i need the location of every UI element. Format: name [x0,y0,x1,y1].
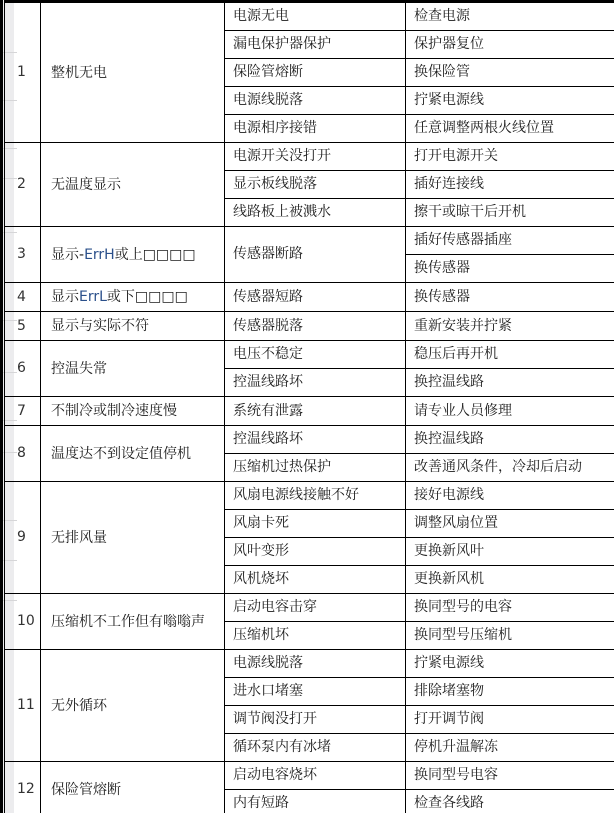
fault-cause: 启动电容击穿 [225,594,406,622]
table-row: 11无外循环电源线脱落拧紧电源线 [5,650,614,678]
table-row: 8温度达不到设定值停机控温线路坏换控温线路 [5,426,614,454]
table-row: 6控温失常电压不稳定稳压后再开机 [5,341,614,369]
fault-fix: 接好电源线 [406,482,614,510]
fault-cause: 控温线路坏 [225,426,406,454]
fault-symptom: 无排风量 [41,482,225,594]
fault-symptom: 无外循环 [41,650,225,762]
fault-number: 3 [5,227,41,283]
fault-cause: 系统有泄露 [225,397,406,426]
fault-symptom: 显示与实际不符 [41,312,225,341]
fault-number: 6 [5,341,41,397]
table-row: 7不制冷或制冷速度慢系统有泄露请专业人员修理 [5,397,614,426]
fault-fix: 保护器复位 [406,31,614,59]
fault-cause: 压缩机过热保护 [225,454,406,482]
fault-cause: 风叶变形 [225,538,406,566]
table-row: 12保险管熔断启动电容烧坏换同型号电容 [5,762,614,790]
fault-fix: 换同型号的电容 [406,594,614,622]
fault-number: 12 [5,762,41,813]
fault-fix: 请专业人员修理 [406,397,614,426]
troubleshooting-table: 1整机无电电源无电检查电源漏电保护器保护保护器复位保险管熔断换保险管电源线脱落拧… [4,0,614,813]
error-code: ErrL [79,289,107,305]
table-row: 4显示ErrL或下□□□□传感器短路换传感器 [5,283,614,312]
fault-cause: 进水口堵塞 [225,678,406,706]
fault-symptom: 不制冷或制冷速度慢 [41,397,225,426]
fault-fix: 检查电源 [406,2,614,31]
fault-cause: 电源开关没打开 [225,143,406,171]
fault-fix: 换传感器 [406,255,614,283]
fault-fix: 排除堵塞物 [406,678,614,706]
fault-symptom: 压缩机不工作但有嗡嗡声 [41,594,225,650]
fault-number: 10 [5,594,41,650]
fault-number: 11 [5,650,41,762]
table-row: 2无温度显示电源开关没打开打开电源开关 [5,143,614,171]
fault-fix: 任意调整两根火线位置 [406,115,614,143]
fault-fix: 打开电源开关 [406,143,614,171]
troubleshooting-table-body: 1整机无电电源无电检查电源漏电保护器保护保护器复位保险管熔断换保险管电源线脱落拧… [5,2,614,813]
fault-cause: 线路板上被溅水 [225,199,406,227]
fault-cause: 保险管熔断 [225,59,406,87]
fault-cause: 风机烧坏 [225,566,406,594]
fault-symptom: 保险管熔断 [41,762,225,813]
fault-cause: 传感器短路 [225,283,406,312]
fault-cause: 控温线路坏 [225,369,406,397]
fault-cause: 调节阀没打开 [225,706,406,734]
fault-cause: 电源线脱落 [225,87,406,115]
table-row: 1整机无电电源无电检查电源 [5,2,614,31]
fault-fix: 换同型号电容 [406,762,614,790]
table-row: 9无排风量风扇电源线接触不好接好电源线 [5,482,614,510]
fault-cause: 内有短路 [225,790,406,813]
fault-fix: 更换新风机 [406,566,614,594]
fault-fix: 换控温线路 [406,369,614,397]
fault-cause: 传感器断路 [225,227,406,283]
fault-fix: 重新安装并拧紧 [406,312,614,341]
fault-fix: 换同型号压缩机 [406,622,614,650]
fault-cause: 压缩机坏 [225,622,406,650]
fault-fix: 拧紧电源线 [406,87,614,115]
fault-cause: 电压不稳定 [225,341,406,369]
fault-cause: 传感器脱落 [225,312,406,341]
fault-symptom: 控温失常 [41,341,225,397]
fault-cause: 漏电保护器保护 [225,31,406,59]
fault-fix: 改善通风条件，冷却后启动 [406,454,614,482]
fault-fix: 拧紧电源线 [406,650,614,678]
fault-fix: 调整风扇位置 [406,510,614,538]
fault-fix: 更换新风叶 [406,538,614,566]
fault-number: 8 [5,426,41,482]
table-row: 10压缩机不工作但有嗡嗡声启动电容击穿换同型号的电容 [5,594,614,622]
fault-cause: 电源相序接错 [225,115,406,143]
fault-fix: 稳压后再开机 [406,341,614,369]
fault-fix: 换保险管 [406,59,614,87]
fault-symptom: 无温度显示 [41,143,225,227]
fault-number: 1 [5,2,41,143]
fault-number: 2 [5,143,41,227]
fault-fix: 停机升温解冻 [406,734,614,762]
table-row: 3显示-ErrH或上□□□□传感器断路插好传感器插座 [5,227,614,255]
fault-fix: 插好连接线 [406,171,614,199]
fault-symptom: 显示ErrL或下□□□□ [41,283,225,312]
fault-cause: 启动电容烧坏 [225,762,406,790]
fault-fix: 换控温线路 [406,426,614,454]
fault-symptom: 整机无电 [41,2,225,143]
fault-number: 9 [5,482,41,594]
fault-fix: 换传感器 [406,283,614,312]
fault-number: 4 [5,283,41,312]
fault-cause: 电源线脱落 [225,650,406,678]
fault-cause: 循环泵内有冰堵 [225,734,406,762]
fault-cause: 风扇电源线接触不好 [225,482,406,510]
fault-cause: 显示板线脱落 [225,171,406,199]
fault-fix: 打开调节阀 [406,706,614,734]
error-code: ErrH [84,247,115,263]
fault-fix: 插好传感器插座 [406,227,614,255]
fault-cause: 电源无电 [225,2,406,31]
fault-number: 5 [5,312,41,341]
fault-number: 7 [5,397,41,426]
fault-symptom: 温度达不到设定值停机 [41,426,225,482]
fault-cause: 风扇卡死 [225,510,406,538]
fault-symptom: 显示-ErrH或上□□□□ [41,227,225,283]
fault-fix: 擦干或晾干后开机 [406,199,614,227]
fault-fix: 检查各线路 [406,790,614,813]
table-row: 5显示与实际不符传感器脱落重新安装并拧紧 [5,312,614,341]
